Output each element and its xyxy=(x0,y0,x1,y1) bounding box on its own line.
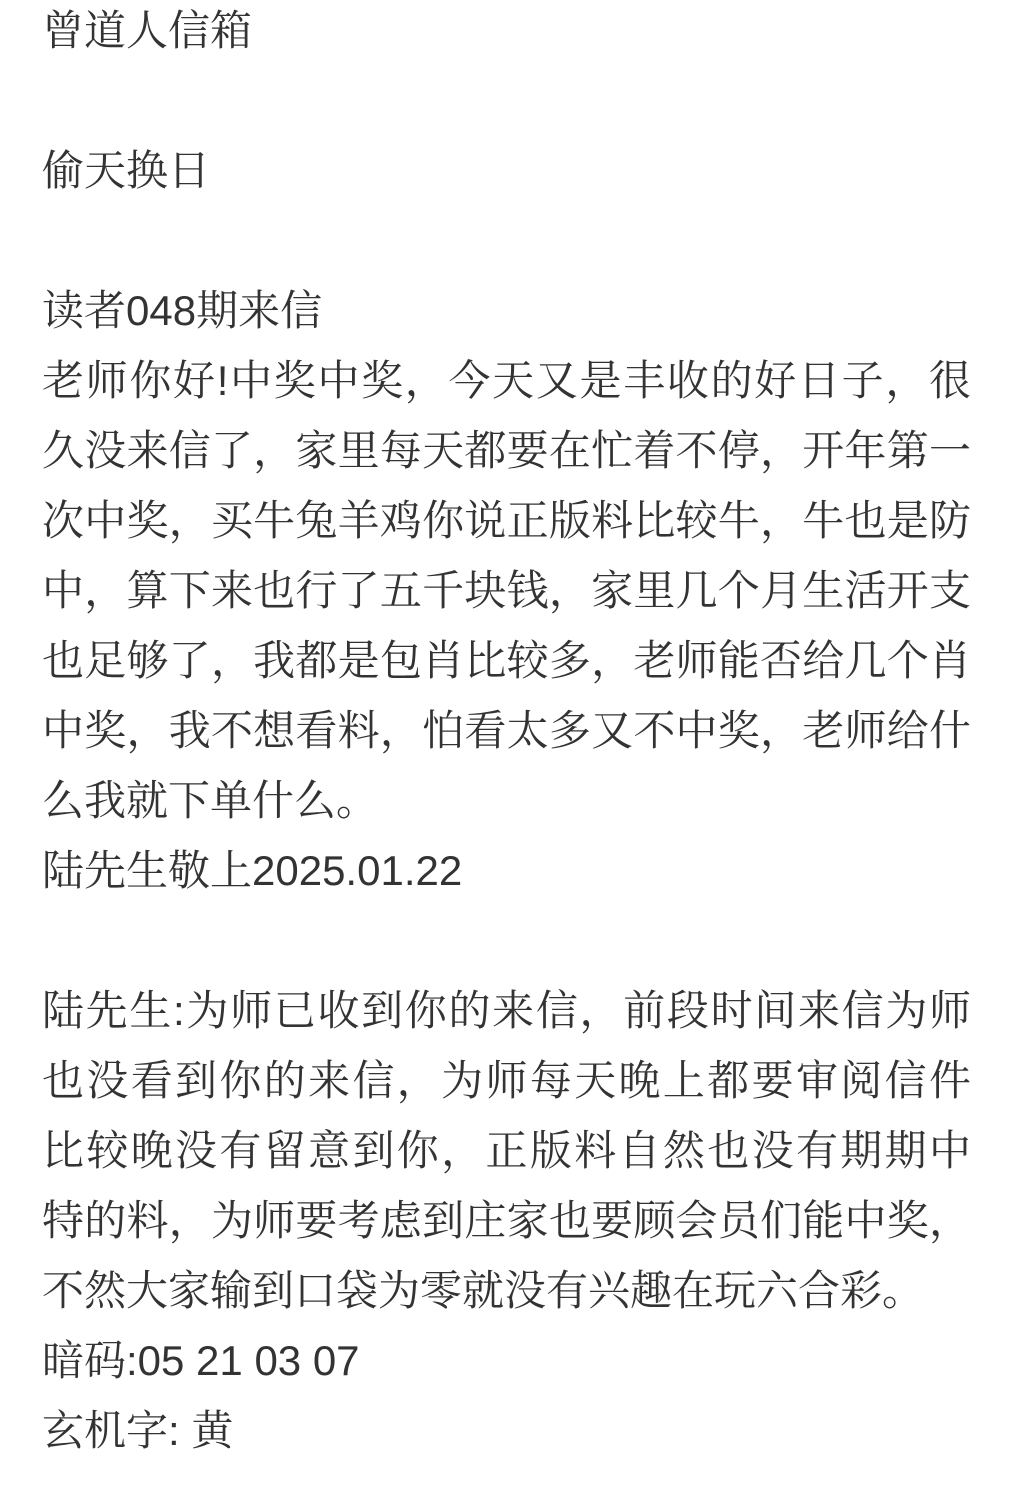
masthead-title: 曾道人信箱 xyxy=(42,0,971,66)
reply-body-line: 特的料，为师要考虑到庄家也要顾会员们能中奖， xyxy=(42,1186,971,1256)
letter-body-line: 么我就下单什么。 xyxy=(42,766,971,836)
letter-signature: 陆先生敬上2025.01.22 xyxy=(42,836,971,906)
letter-body-line: 中，算下来也行了五千块钱，家里几个月生活开支 xyxy=(42,556,971,626)
reply-body-line: 陆先生:为师已收到你的来信，前段时间来信为师 xyxy=(42,976,971,1046)
secret-code-line: 暗码:05 21 03 07 xyxy=(42,1326,971,1396)
letter-body-line: 也足够了，我都是包肖比较多，老师能否给几个肖 xyxy=(42,626,971,696)
blank-line xyxy=(42,66,971,136)
blank-line xyxy=(42,206,971,276)
letter-body-line: 中奖，我不想看料，怕看太多又不中奖，老师给什 xyxy=(42,696,971,766)
reply-body-line: 比较晚没有留意到你，正版料自然也没有期期中 xyxy=(42,1116,971,1186)
blank-line xyxy=(42,906,971,976)
reply-body-line: 不然大家输到口袋为零就没有兴趣在玩六合彩。 xyxy=(42,1256,971,1326)
reply-body-line: 也没看到你的来信，为师每天晚上都要审阅信件 xyxy=(42,1046,971,1116)
letter-body-line: 久没来信了，家里每天都要在忙着不停，开年第一 xyxy=(42,416,971,486)
letter-body-line: 次中奖，买牛兔羊鸡你说正版料比较牛，牛也是防 xyxy=(42,486,971,556)
mystery-word-line: 玄机字: 黄 xyxy=(42,1396,971,1466)
letter-body-line: 老师你好!中奖中奖，今天又是丰收的好日子，很 xyxy=(42,346,971,416)
letter-lines: 曾道人信箱偷天换日读者048期来信老师你好!中奖中奖，今天又是丰收的好日子，很久… xyxy=(42,0,971,1466)
letter-heading: 读者048期来信 xyxy=(42,276,971,346)
column-title: 偷天换日 xyxy=(42,136,971,206)
mailbox-letter-page: 曾道人信箱偷天换日读者048期来信老师你好!中奖中奖，今天又是丰收的好日子，很久… xyxy=(0,0,1015,1466)
